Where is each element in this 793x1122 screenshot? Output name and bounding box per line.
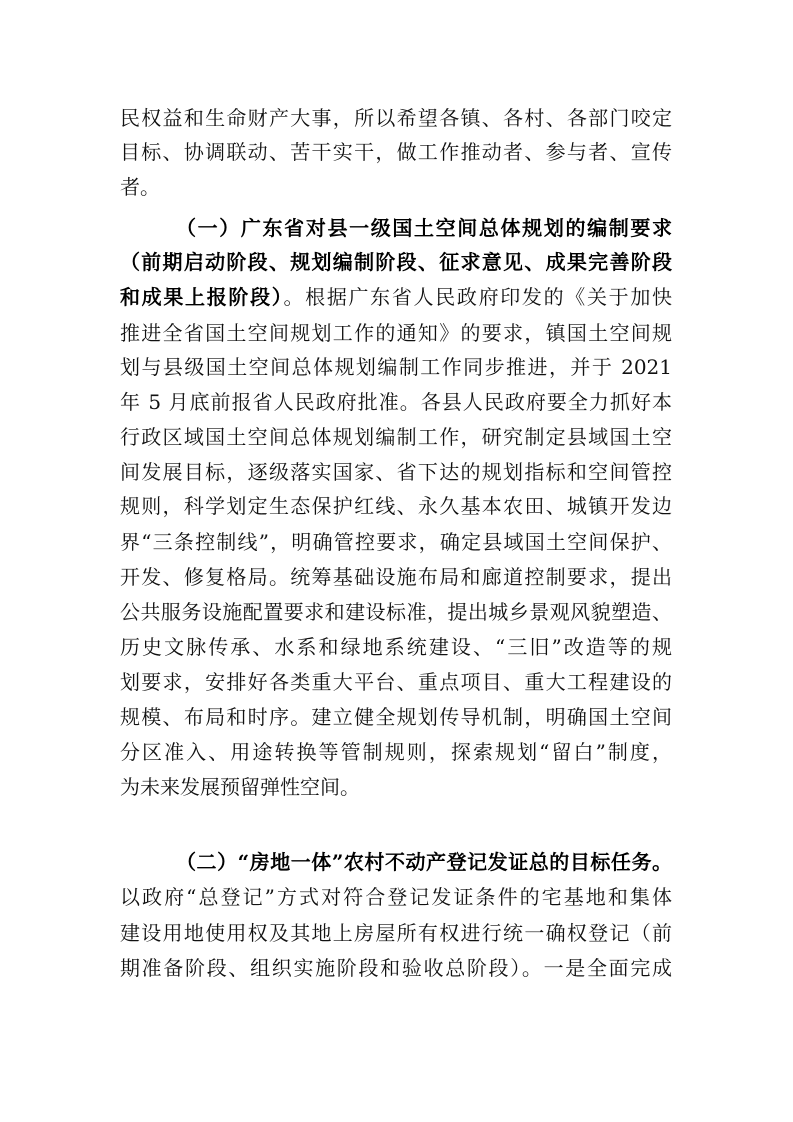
paragraph-3-line-2: 以政府“总登记”方式对符合登记发证条件的宅基地和集体	[120, 882, 672, 912]
paragraph-2-line-7: 行政区域国土空间总体规划编制工作，研究制定县域国土空	[120, 422, 672, 452]
paragraph-2-line-3: 和成果上报阶段）。根据广东省人民政府印发的《关于加快	[120, 282, 672, 312]
paragraph-3-line-4: 期准备阶段、组织实施阶段和验收总阶段）。一是全面完成	[120, 953, 672, 983]
line-text: 间发展目标，逐级落实国家、省下达的规划指标和空间管控	[120, 460, 672, 484]
line-text: 历史文脉传承、水系和绿地系统建设、“三旧”改造等的规	[120, 635, 672, 659]
paragraph-2-line-10: 界“三条控制线”，明确管控要求，确定县域国土空间保护、	[120, 527, 672, 557]
paragraph-2-line-12: 公共服务设施配置要求和建设标准，提出城乡景观风貌塑造、	[120, 597, 672, 627]
line-text: 规则，科学划定生态保护红线、永久基本农田、城镇开发边	[120, 494, 672, 518]
paragraph-1-line-2: 目标、协调联动、苦干实干，做工作推动者、参与者、宣传	[120, 137, 672, 167]
paragraph-2-line-6: 年 5 月底前报省人民政府批准。各县人民政府要全力抓好本	[120, 387, 672, 417]
line-text: 行政区域国土空间总体规划编制工作，研究制定县域国土空	[120, 425, 672, 449]
line-text: 分区准入、用途转换等管制规则，探索规划“留白”制度，	[120, 740, 672, 764]
paragraph-2-line-11: 开发、修复格局。统筹基础设施布局和廊道控制要求，提出	[120, 562, 672, 592]
line-text: 年 5 月底前报省人民政府批准。各县人民政府要全力抓好本	[120, 390, 672, 414]
line-text: 开发、修复格局。统筹基础设施布局和廊道控制要求，提出	[120, 565, 672, 589]
paragraph-1-line-3: 者。	[120, 172, 672, 202]
paragraph-2-line-5: 划与县级国土空间总体规划编制工作同步推进，并于 2021	[120, 352, 672, 382]
line-text: 为未来发展预留弹性空间。	[120, 775, 360, 799]
paragraph-2-line-2: （前期启动阶段、规划编制阶段、征求意见、成果完善阶段	[120, 247, 672, 277]
line-text: 期准备阶段、组织实施阶段和验收总阶段）。一是全面完成	[120, 956, 672, 980]
document-page: 民权益和生命财产大事，所以希望各镇、各村、各部门咬定 目标、协调联动、苦干实干，…	[0, 0, 793, 1122]
heading-text: （一）广东省对县一级国土空间总体规划的编制要求	[176, 216, 672, 240]
section-heading-2: （二）“房地一体”农村不动产登记发证总的目标任务。	[176, 847, 672, 877]
line-text: 目标、协调联动、苦干实干，做工作推动者、参与者、宣传	[120, 140, 672, 164]
paragraph-2-line-13: 历史文脉传承、水系和绿地系统建设、“三旧”改造等的规	[120, 632, 672, 662]
paragraph-2-line-14: 划要求，安排好各类重大平台、重点项目、重大工程建设的	[120, 667, 672, 697]
line-text: 界“三条控制线”，明确管控要求，确定县域国土空间保护、	[120, 530, 672, 554]
paragraph-1-line-1: 民权益和生命财产大事，所以希望各镇、各村、各部门咬定	[120, 103, 672, 133]
section-heading-1: （一）广东省对县一级国土空间总体规划的编制要求	[176, 213, 672, 243]
line-text: 规模、布局和时序。建立健全规划传导机制，明确国土空间	[120, 705, 672, 729]
paragraph-2-line-17: 为未来发展预留弹性空间。	[120, 772, 672, 802]
paragraph-3-line-3: 建设用地使用权及其地上房屋所有权进行统一确权登记（前	[120, 918, 672, 948]
line-text: 民权益和生命财产大事，所以希望各镇、各村、各部门咬定	[120, 106, 672, 130]
paragraph-2-line-16: 分区准入、用途转换等管制规则，探索规划“留白”制度，	[120, 737, 672, 767]
paragraph-2-line-4: 推进全省国土空间规划工作的通知》的要求，镇国土空间规	[120, 318, 672, 348]
line-text: 公共服务设施配置要求和建设标准，提出城乡景观风貌塑造、	[120, 600, 672, 624]
paragraph-2-line-15: 规模、布局和时序。建立健全规划传导机制，明确国土空间	[120, 702, 672, 732]
paragraph-2-line-9: 规则，科学划定生态保护红线、永久基本农田、城镇开发边	[120, 491, 672, 521]
paragraph-2-line-8: 间发展目标，逐级落实国家、省下达的规划指标和空间管控	[120, 457, 672, 487]
line-text: 推进全省国土空间规划工作的通知》的要求，镇国土空间规	[120, 321, 672, 345]
heading-text: （二）“房地一体”农村不动产登记发证总的目标任务。	[176, 850, 672, 874]
line-text: 划与县级国土空间总体规划编制工作同步推进，并于 2021	[120, 355, 672, 379]
line-text: 。根据广东省人民政府印发的《关于加快	[283, 285, 672, 309]
heading-text: （前期启动阶段、规划编制阶段、征求意见、成果完善阶段	[120, 250, 672, 274]
line-text: 建设用地使用权及其地上房屋所有权进行统一确权登记（前	[120, 921, 672, 945]
line-text: 划要求，安排好各类重大平台、重点项目、重大工程建设的	[120, 670, 672, 694]
line-text: 者。	[120, 175, 160, 199]
heading-text: 和成果上报阶段）	[120, 285, 283, 309]
line-text: 以政府“总登记”方式对符合登记发证条件的宅基地和集体	[120, 885, 672, 909]
